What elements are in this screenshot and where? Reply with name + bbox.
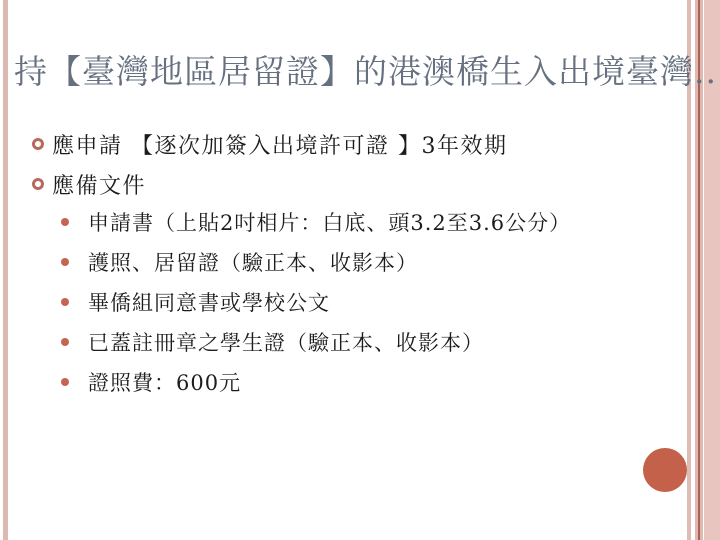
sub-bullet-item: 申請書（上貼2吋相片：白底、頭3.2至3.6公分） <box>61 209 571 235</box>
bullet-item-apply: 應申請 【逐次加簽入出境許可證 】3年效期 <box>32 131 508 157</box>
sub-bullet-item: 已蓋註冊章之學生證（驗正本、收影本） <box>61 329 484 355</box>
dot-bullet-icon <box>61 338 69 346</box>
ring-bullet-icon <box>32 138 44 150</box>
dot-bullet-icon <box>61 258 69 266</box>
sub-bullet-item: 畢僑組同意書或學校公文 <box>61 289 330 315</box>
sub-bullet-item: 證照費：600元 <box>61 369 241 395</box>
sub-bullet-text: 證照費：600元 <box>88 367 241 397</box>
dot-bullet-icon <box>61 378 69 386</box>
decor-circle <box>643 448 687 492</box>
sub-bullet-text: 護照、居留證（驗正本、收影本） <box>88 247 418 277</box>
sub-bullet-text: 申請書（上貼2吋相片：白底、頭3.2至3.6公分） <box>88 207 571 237</box>
decor-stripe-left <box>3 0 8 540</box>
sub-bullet-text: 已蓋註冊章之學生證（驗正本、收影本） <box>88 327 484 357</box>
slide-title: 持【臺灣地區居留證】的港澳橋生入出境臺灣... <box>14 46 720 93</box>
sub-bullet-item: 護照、居留證（驗正本、收影本） <box>61 249 418 275</box>
dot-bullet-icon <box>61 218 69 226</box>
dot-bullet-icon <box>61 298 69 306</box>
bullet-text: 應備文件 <box>52 169 146 200</box>
bullet-item-documents: 應備文件 <box>32 171 146 197</box>
ring-bullet-icon <box>32 178 44 190</box>
bullet-text: 應申請 【逐次加簽入出境許可證 】3年效期 <box>52 129 508 160</box>
sub-bullet-text: 畢僑組同意書或學校公文 <box>88 287 330 317</box>
